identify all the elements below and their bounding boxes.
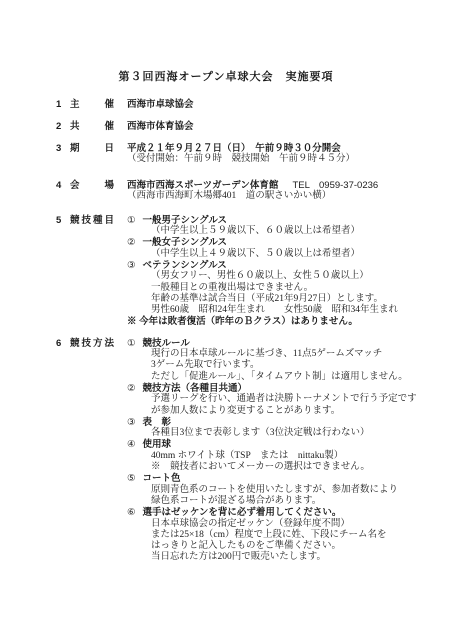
item-detail: 各種目3位まで表彰します（3位決定戦は行わない） [127,428,432,439]
section-host: 1 主催 西海市卓球協会 [0,99,452,110]
item-detail: 当日忘れた方は200円で販売いたします。 [127,552,432,563]
item-number: ④ [127,439,136,450]
item-detail: 現行の日本卓球ルールに基づき、11点5ゲームズマッチ [127,349,432,360]
venue-name: 西海市西海スポーツガーデン体育館 [127,180,278,191]
method-item-format: ② 競技方法（各種目共通） 予選リーグを行い、通過者は決勝トーナメントで行う予定… [127,383,432,417]
method-item-awards: ③ 表 彰 各種目3位まで表彰します（3位決定戦は行わない） [127,417,432,440]
section-venue: 4 会場 西海市西海スポーツガーデン体育館TEL 0959-37-0236 （西… [0,180,452,203]
section-method: 6 競技方法 ① 競技ルール 現行の日本卓球ルールに基づき、11点5ゲームズマッ… [0,338,452,564]
item-detail: または25×18（cm）程度で上段に姓、下段にチーム名を [127,530,432,541]
item-number: ① [127,215,136,226]
item-heading: 選手はゼッケンを背に必ず着用してください。 [143,507,342,518]
item-detail: 一般種目との重複出場はできません。 [127,283,432,294]
item-head: ③ ベテランシングルス [127,260,432,271]
section-content: 平成２１年９月２７日（日） 午前９時３０分開会 （受付開始：午前９時 競技開始 … [127,143,432,166]
item-detail: 40mm ホワイト球（TSP または nittaku製） [127,451,432,462]
cohost-organization: 西海市体育協会 [127,121,432,132]
item-number: ⑥ [127,507,136,518]
section-label-method: 競技方法 [70,338,114,349]
section-label-events: 競技種目 [70,215,114,226]
venue-tel: TEL 0959-37-0236 [292,180,378,191]
item-heading: 競技ルール [143,338,190,349]
losers-bracket-note: ※ 今年は敗者復活（昨年のＢクラス）はありません。 [127,316,432,327]
method-item-court-color: ⑤ コート色 原則青色系のコートを使用いたしますが、参加者数により 緑色系コート… [127,473,432,507]
item-number: ③ [127,417,136,428]
item-head: ⑥ 選手はゼッケンを背に必ず着用してください。 [127,507,432,518]
document-page: 第３回西海オープン卓球大会 実施要項 1 主催 西海市卓球協会 2 共催 西海市… [0,0,452,640]
section-events: 5 競技種目 ① 一般男子シングルス （中学生以上５９歳以下、６０歳以上は希望者… [0,215,452,328]
item-heading: 表 彰 [143,417,172,428]
section-number: 1 [56,99,70,110]
section-content: 西海市体育協会 [127,121,432,132]
section-label-date: 期日 [70,143,114,154]
item-detail: 原則青色系のコートを使用いたしますが、参加者数により [127,485,432,496]
item-detail: 緑色系コートが混ざる場合があります。 [127,496,432,507]
venue-address: （西海市西海町木場郷401 道の駅さいかい横） [127,191,432,202]
item-detail: （中学生以上４９歳以下、５０歳以上は希望者） [127,249,432,260]
section-cohost: 2 共催 西海市体育協会 [0,121,452,132]
section-label-venue: 会場 [70,180,114,191]
section-number: 5 [56,215,70,226]
item-heading: 使用球 [143,439,172,450]
item-detail: が参加人数により変更することがあります。 [127,406,432,417]
item-head: ① 競技ルール [127,338,432,349]
item-heading: コート色 [143,473,181,484]
section-number: 3 [56,143,70,154]
item-detail: はっきりと記入したものをご準備ください。 [127,541,432,552]
item-head: ④ 使用球 [127,439,432,450]
section-number: 4 [56,180,70,191]
item-detail: 3ゲーム先取で行います。 [127,360,432,371]
item-head: ⑤ コート色 [127,473,432,484]
method-item-bib: ⑥ 選手はゼッケンを背に必ず着用してください。 日本卓球協会の指定ゼッケン（登録… [127,507,432,563]
section-date: 3 期日 平成２１年９月２７日（日） 午前９時３０分開会 （受付開始：午前９時 … [0,143,452,166]
reception-time: （受付開始：午前９時 競技開始 午前９時４５分） [127,154,432,165]
section-content: ① 競技ルール 現行の日本卓球ルールに基づき、11点5ゲームズマッチ 3ゲーム先… [127,338,432,564]
item-number: ⑤ [127,473,136,484]
method-item-rules: ① 競技ルール 現行の日本卓球ルールに基づき、11点5ゲームズマッチ 3ゲーム先… [127,338,432,383]
venue-line: 西海市西海スポーツガーデン体育館TEL 0959-37-0236 [127,180,432,191]
section-label-host: 主催 [70,99,114,110]
document-title: 第３回西海オープン卓球大会 実施要項 [0,0,452,84]
item-detail: 男性60歳 昭和24年生まれ 女性50歳 昭和34年生まれ [127,305,432,316]
section-number: 6 [56,338,70,349]
item-detail: 日本卓球協会の指定ゼッケン（登録年度不問） [127,519,432,530]
item-detail: （中学生以上５９歳以下、６０歳以上は希望者） [127,226,432,237]
item-number: ② [127,383,136,394]
item-detail: ※ 競技者においてメーカーの選択はできません。 [127,462,432,473]
item-detail: （男女フリー、男性６０歳以上、女性５０歳以上） [127,271,432,282]
method-item-ball: ④ 使用球 40mm ホワイト球（TSP または nittaku製） ※ 競技者… [127,439,432,473]
section-label-cohost: 共催 [70,121,114,132]
event-item-womens-singles: ② 一般女子シングルス （中学生以上４９歳以下、５０歳以上は希望者） [127,237,432,260]
item-number: ② [127,237,136,248]
host-organization: 西海市卓球協会 [127,99,432,110]
item-detail: 予選リーグを行い、通過者は決勝トーナメントで行う予定です [127,394,432,405]
item-detail: ただし「促進ルール」、「タイムアウト制」は適用しません。 [127,372,432,383]
item-heading: 一般男子シングルス [143,215,228,226]
section-content: 西海市西海スポーツガーデン体育館TEL 0959-37-0236 （西海市西海町… [127,180,432,203]
item-head: ② 競技方法（各種目共通） [127,383,432,394]
item-heading: 一般女子シングルス [143,237,228,248]
item-detail: 年齢の基準は試合当日（平成21年9月27日）とします。 [127,294,432,305]
section-content: 西海市卓球協会 [127,99,432,110]
item-head: ③ 表 彰 [127,417,432,428]
event-date: 平成２１年９月２７日（日） 午前９時３０分開会 [127,143,432,154]
item-head: ② 一般女子シングルス [127,237,432,248]
event-item-mens-singles: ① 一般男子シングルス （中学生以上５９歳以下、６０歳以上は希望者） [127,215,432,238]
item-head: ① 一般男子シングルス [127,215,432,226]
item-number: ③ [127,260,136,271]
item-heading: ベテランシングルス [143,260,227,271]
item-heading: 競技方法（各種目共通） [143,383,248,394]
section-number: 2 [56,121,70,132]
event-item-veteran-singles: ③ ベテランシングルス （男女フリー、男性６０歳以上、女性５０歳以上） 一般種目… [127,260,432,316]
section-content: ① 一般男子シングルス （中学生以上５９歳以下、６０歳以上は希望者） ② 一般女… [127,215,432,328]
item-number: ① [127,338,136,349]
